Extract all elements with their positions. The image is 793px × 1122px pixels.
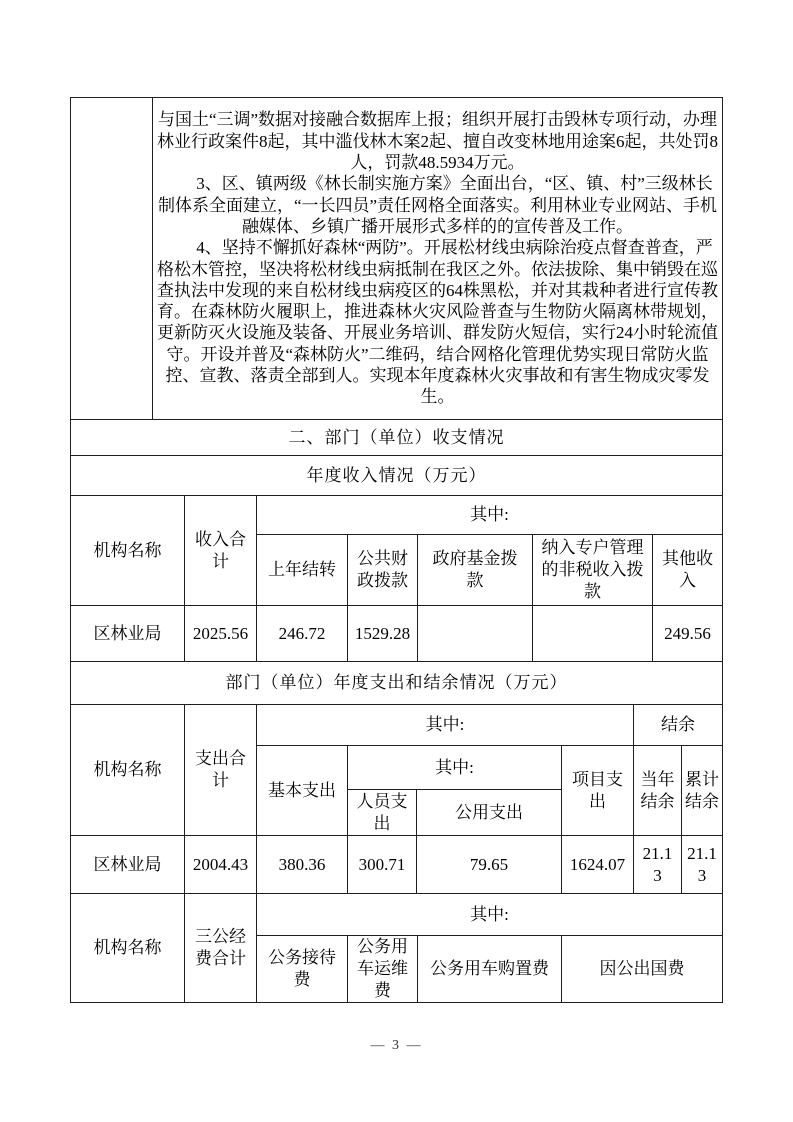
expense-header-balance: 结余 bbox=[634, 705, 723, 746]
expense-table-title: 部门（单位）年度支出和结余情况（万元） bbox=[71, 662, 723, 705]
expense-cell-org: 区林业局 bbox=[71, 836, 185, 894]
expense-cell-total: 2004.43 bbox=[185, 836, 257, 894]
income-cell-org: 区林业局 bbox=[71, 606, 185, 662]
income-cell-total: 2025.56 bbox=[185, 606, 257, 662]
expense-header-personnel: 人员支出 bbox=[348, 790, 417, 836]
income-header-public-finance: 公共财政拨款 bbox=[348, 535, 418, 606]
three-public-header-abroad: 因公出国费 bbox=[562, 936, 723, 1003]
income-header-among: 其中: bbox=[257, 496, 723, 535]
income-cell-non-tax bbox=[533, 606, 653, 662]
income-table: 年度收入情况（万元） 机构名称 收入合计 其中: 上年结转 公共财政拨款 政府基… bbox=[70, 455, 723, 662]
three-public-header-among: 其中: bbox=[257, 894, 723, 936]
page-number: — 3 — bbox=[0, 1038, 793, 1054]
expense-header-current-balance: 当年结余 bbox=[634, 746, 682, 836]
expense-cell-public: 79.65 bbox=[417, 836, 562, 894]
continuation-label-cell bbox=[71, 98, 153, 420]
income-cell-public-finance: 1529.28 bbox=[348, 606, 418, 662]
expense-cell-personnel: 300.71 bbox=[348, 836, 417, 894]
income-header-org: 机构名称 bbox=[71, 496, 185, 606]
three-public-header-vehicle-maintenance: 公务用车运维费 bbox=[348, 936, 418, 1003]
income-header-total: 收入合计 bbox=[185, 496, 257, 606]
expense-header-total: 支出合计 bbox=[185, 705, 257, 836]
expense-cell-project: 1624.07 bbox=[562, 836, 634, 894]
expense-header-project: 项目支出 bbox=[562, 746, 634, 836]
expense-cell-cumulative-balance: 21.13 bbox=[682, 836, 723, 894]
expense-header-among2: 其中: bbox=[348, 746, 562, 790]
body-paragraph: 3、区、镇两级《林长制实施方案》全面出台，“区、镇、村”三级林长制体系全面建立，… bbox=[155, 173, 720, 237]
income-header-other: 其他收入 bbox=[653, 535, 723, 606]
expense-header-org: 机构名称 bbox=[71, 705, 185, 836]
three-public-header-vehicle-purchase: 公务用车购置费 bbox=[418, 936, 562, 1003]
expense-header-among: 其中: bbox=[257, 705, 634, 746]
income-cell-other: 249.56 bbox=[653, 606, 723, 662]
expense-header-public: 公用支出 bbox=[417, 790, 562, 836]
continuation-text-cell: 与国土“三调”数据对接融合数据库上报；组织开展打击毁林专项行动，办理林业行政案件… bbox=[153, 98, 723, 420]
body-paragraph: 4、坚持不懈抓好森林“两防”。开展松材线虫病除治疫点督查普查，严格松木管控，坚决… bbox=[155, 237, 720, 407]
expense-cell-current-balance: 21.13 bbox=[634, 836, 682, 894]
three-public-header-reception: 公务接待费 bbox=[257, 936, 348, 1003]
document-table-area: 与国土“三调”数据对接融合数据库上报；组织开展打击毁林专项行动，办理林业行政案件… bbox=[70, 97, 722, 1003]
continuation-table: 与国土“三调”数据对接融合数据库上报；组织开展打击毁林专项行动，办理林业行政案件… bbox=[70, 97, 723, 420]
section-title: 二、部门（单位）收支情况 bbox=[71, 420, 723, 456]
section-title-table: 二、部门（单位）收支情况 bbox=[70, 419, 723, 456]
expense-header-cumulative-balance: 累计结余 bbox=[682, 746, 723, 836]
expense-cell-basic: 380.36 bbox=[257, 836, 348, 894]
income-cell-gov-fund bbox=[418, 606, 533, 662]
income-header-carryover: 上年结转 bbox=[257, 535, 348, 606]
income-header-non-tax: 纳入专户管理的非税收入拨款 bbox=[533, 535, 653, 606]
three-public-header-total: 三公经费合计 bbox=[185, 894, 257, 1003]
body-paragraph: 与国土“三调”数据对接融合数据库上报；组织开展打击毁林专项行动，办理林业行政案件… bbox=[155, 109, 720, 173]
income-table-title: 年度收入情况（万元） bbox=[71, 456, 723, 496]
income-cell-carryover: 246.72 bbox=[257, 606, 348, 662]
expense-header-basic: 基本支出 bbox=[257, 746, 348, 836]
expense-table: 部门（单位）年度支出和结余情况（万元） 机构名称 支出合计 其中: 结余 基本支… bbox=[70, 661, 723, 894]
three-public-table: 机构名称 三公经费合计 其中: 公务接待费 公务用车运维费 公务用车购置费 因公… bbox=[70, 893, 723, 1003]
income-header-gov-fund: 政府基金拨款 bbox=[418, 535, 533, 606]
three-public-header-org: 机构名称 bbox=[71, 894, 185, 1003]
